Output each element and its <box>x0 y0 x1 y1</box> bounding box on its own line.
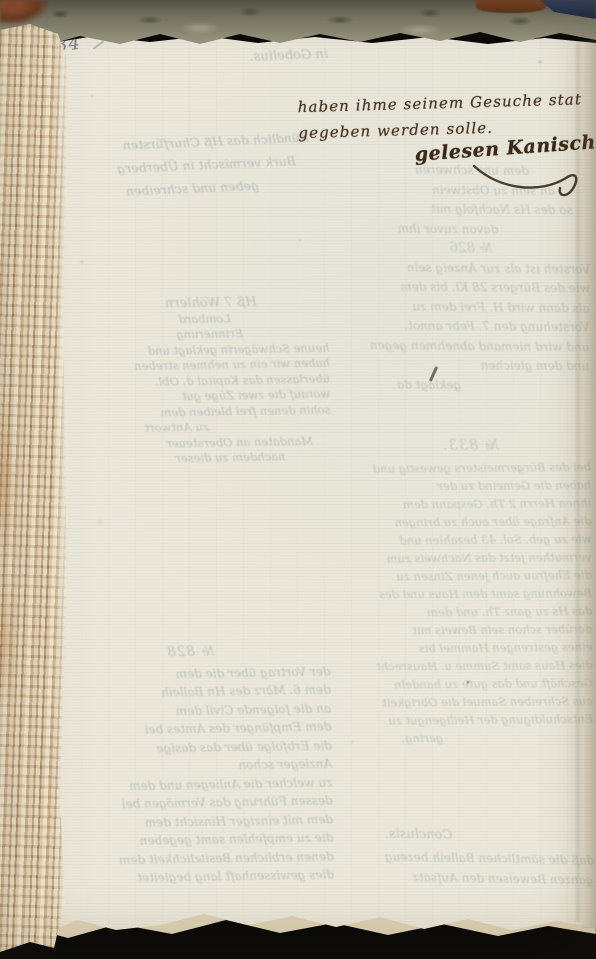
cover-corner-right-brown <box>476 0 546 13</box>
ghost-paragraph: daß die sämtlichen Balleih bezeugganzen … <box>327 846 594 891</box>
ghost-line: gering. <box>303 728 593 749</box>
signature-flourish <box>470 160 590 200</box>
page-curl-shadow <box>580 40 596 928</box>
ghost-paragraph: bei des Bürgermeisters gewestig undhaben… <box>301 458 594 749</box>
manuscript-scan: 34 in Gobelius. Kündlich das Hß Churfürs… <box>0 0 596 959</box>
ghost-line: und wird niemand abnehmen gegen <box>309 335 589 357</box>
ghost-line: wie des Bürgers 28 Kl. bis dem <box>310 277 590 299</box>
ghost-line: Vorstehung den 7. Febr annot. <box>309 316 589 338</box>
manuscript-page: 34 in Gobelius. Kündlich das Hß Churfürs… <box>0 0 596 959</box>
ghost-line: geklagt da <box>309 374 589 396</box>
ghost-line: als dann wird H. Frei dem zu <box>310 296 590 318</box>
bleedthrough-block-conclusis: Conclusis. daß die sämtlichen Balleih be… <box>327 824 594 891</box>
bleedthrough-block-left-upper: Kündlich das Hß ChurfürstenBurk vermisch… <box>53 125 318 205</box>
ghost-line: und dem gleichen <box>309 355 589 377</box>
fore-edge-stain <box>0 360 26 700</box>
ghost-line: so des Hs Nachfolg mit <box>311 199 591 221</box>
bleedthrough-block-no828: № 828 der Vortrag über die demdem 6. Mär… <box>38 640 334 889</box>
bleedthrough-block-no833: № 833. bei des Bürgermeisters gewestig u… <box>301 436 594 749</box>
ghost-line: davon zuvor ihm <box>310 218 590 240</box>
ghost-paragraph: der Vortrag über die demdem 6. März des … <box>38 662 334 889</box>
ghost-line: № 826 <box>310 238 590 260</box>
ghost-line: Entschuldigung der Heiligengut zu <box>303 710 593 731</box>
ghost-entry-number: № 833. <box>301 436 591 457</box>
ghost-line: Vorsteh ist als zur Anzeig sein <box>310 257 590 279</box>
cover-corner-left <box>0 0 50 26</box>
ghost-entry-number: № 828 <box>38 640 330 664</box>
ghost-heading: Conclusis. <box>328 824 594 849</box>
bleedthrough-block-left-middle: Hß 7 WöhlernLombardErinnerungheune Schwä… <box>45 294 332 469</box>
